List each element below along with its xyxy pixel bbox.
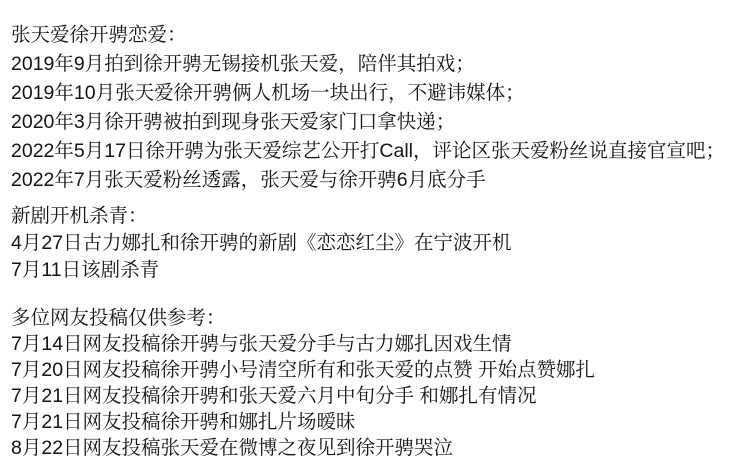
text-line: 2022年7月张天爱粉丝透露，张天爱与徐开骋6月底分手	[11, 166, 733, 195]
text-line: 4月27日古力娜扎和徐开骋的新剧《恋恋红尘》在宁波开机	[11, 230, 733, 257]
text-line: 2019年9月拍到徐开骋无锡接机张天爱，陪伴其拍戏；	[11, 50, 733, 79]
text-line: 7月11日该剧杀青	[11, 257, 733, 284]
document: 张天爱徐开骋恋爱： 2019年9月拍到徐开骋无锡接机张天爱，陪伴其拍戏； 201…	[0, 0, 737, 463]
section-netizen-submissions: 多位网友投稿仅供参考： 7月14日网友投稿徐开骋与张天爱分手与古力娜扎因戏生情 …	[11, 305, 733, 461]
section-heading: 张天爱徐开骋恋爱：	[11, 21, 733, 50]
text-line: 2019年10月张天爱徐开骋俩人机场一块出行，不避讳媒体；	[11, 79, 733, 108]
section-heading: 多位网友投稿仅供参考：	[11, 305, 733, 331]
text-line: 7月21日网友投稿徐开骋和娜扎片场暧昧	[11, 409, 733, 435]
section-drama-schedule: 新剧开机杀青： 4月27日古力娜扎和徐开骋的新剧《恋恋红尘》在宁波开机 7月11…	[11, 203, 733, 284]
text-line: 7月14日网友投稿徐开骋与张天爱分手与古力娜扎因戏生情	[11, 331, 733, 357]
text-line: 7月20日网友投稿徐开骋小号清空所有和张天爱的点赞 开始点赞娜扎	[11, 357, 733, 383]
text-line: 2020年3月徐开骋被拍到现身张天爱家门口拿快递；	[11, 108, 733, 137]
page: { "page": { "background_color": "#ffffff…	[0, 0, 737, 463]
text-line: 7月21日网友投稿徐开骋和张天爱六月中旬分手 和娜扎有情况	[11, 383, 733, 409]
text-line: 8月22日网友投稿张天爱在微博之夜见到徐开骋哭泣	[11, 435, 733, 461]
section-romance-timeline: 张天爱徐开骋恋爱： 2019年9月拍到徐开骋无锡接机张天爱，陪伴其拍戏； 201…	[11, 21, 733, 195]
section-heading: 新剧开机杀青：	[11, 203, 733, 230]
text-line: 2022年5月17日徐开骋为张天爱综艺公开打Call，评论区张天爱粉丝说直接官宣…	[11, 137, 733, 166]
